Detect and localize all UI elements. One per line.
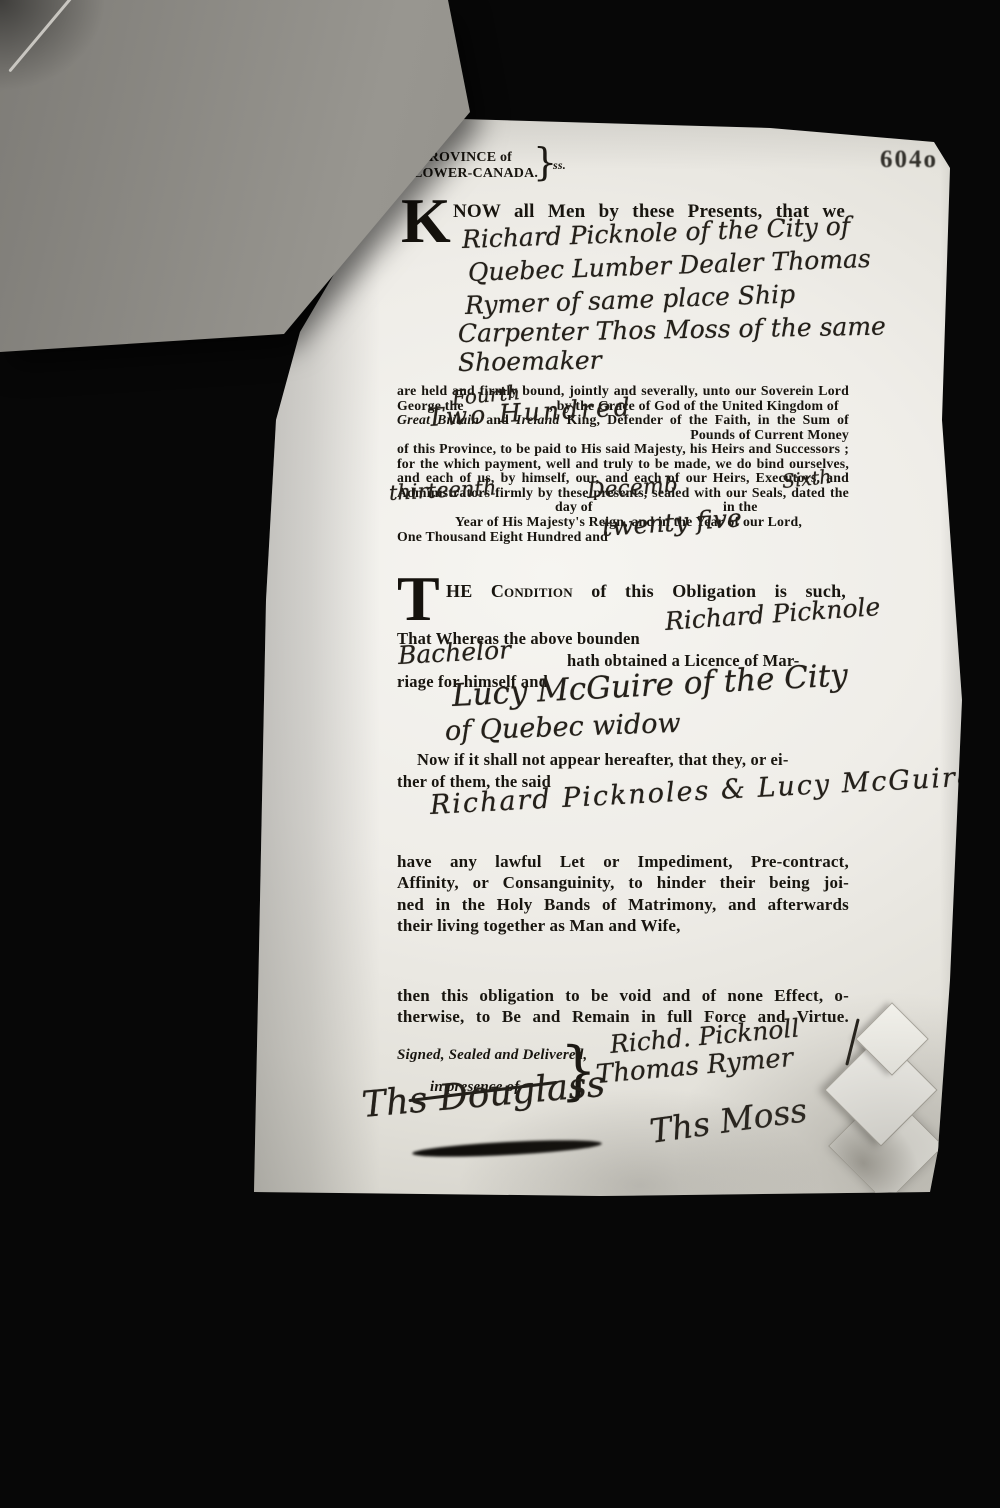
condition-dropcap: T	[397, 570, 440, 628]
bride-script-line-2: of Quebec widow	[444, 708, 681, 747]
bachelor-script: Bachelor	[397, 635, 512, 670]
film-scratch	[8, 0, 87, 72]
province-line1: PROVINCE of	[420, 150, 512, 166]
void-line-1: then this obligation to be void and of n…	[397, 986, 849, 1006]
condition-heading-he: HE	[446, 581, 472, 601]
signature-moss: Ths Moss	[647, 1090, 809, 1151]
impediment-line-2: Affinity, or Consanguinity, to hinder th…	[397, 873, 849, 893]
ink-blot	[412, 1137, 602, 1160]
day-script: thirteenth	[388, 475, 497, 505]
microfilm-frame: 604o PROVINCE of LOWER-CANADA. } ss. K N…	[0, 0, 1000, 1508]
signed-sealed-line: Signed, Sealed and Delivered,	[397, 1047, 587, 1064]
now-line-1: Now if it shall not appear hereafter, th…	[417, 750, 789, 770]
document-page: 604o PROVINCE of LOWER-CANADA. } ss. K N…	[0, 0, 1000, 1508]
impediment-line-1: have any lawful Let or Impediment, Pre-c…	[397, 852, 849, 872]
parties-script-line-5: Shoemaker	[458, 345, 602, 377]
impediment-line-4: their living together as Man and Wife,	[397, 916, 849, 936]
ss-abbreviation: ss.	[553, 158, 566, 173]
couple-names-script: Richard Picknoles & Lucy McGuire	[429, 761, 975, 821]
impediment-line-3: ned in the Holy Bands of Matrimony, and …	[397, 895, 849, 915]
folio-number: 604o	[880, 146, 938, 174]
province-line2: LOWER-CANADA.	[413, 166, 538, 182]
bond-clause-block: are held and firmly bound, jointly and s…	[397, 383, 849, 548]
signature-witness: Ths Douglass	[360, 1064, 606, 1126]
know-dropcap: K	[401, 192, 451, 250]
parties-script-line-4: Carpenter Thos Moss of the same	[458, 312, 886, 348]
condition-heading-condition: Condition	[491, 581, 573, 601]
